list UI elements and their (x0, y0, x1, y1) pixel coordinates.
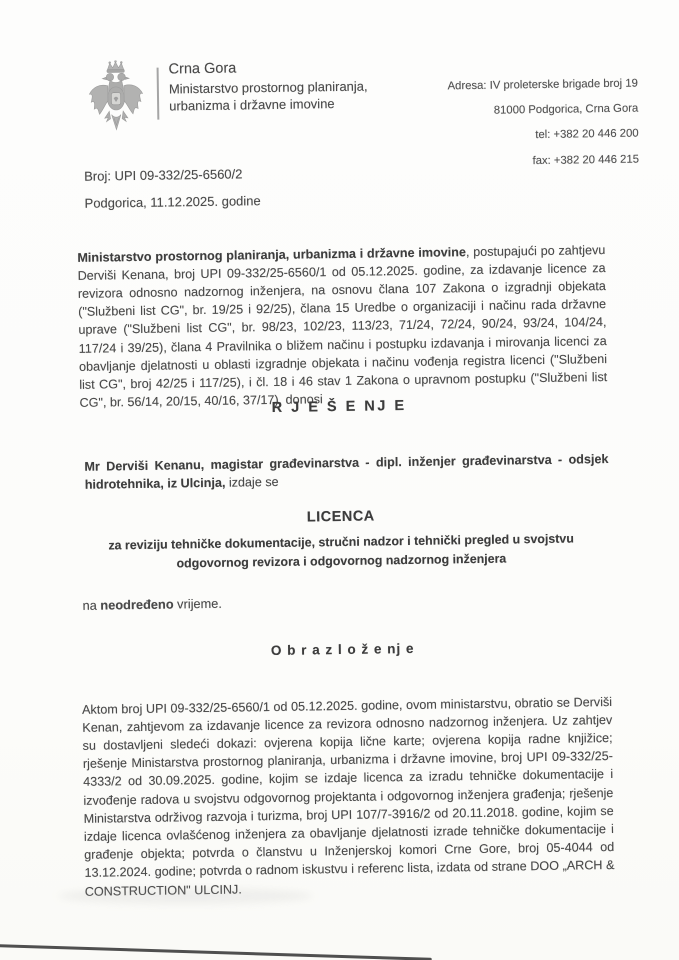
document-content: Crna Gora Ministarstvo prostornog planir… (0, 0, 679, 960)
recipient-paragraph: Mr Derviši Kenanu, magistar građevinarst… (84, 450, 608, 494)
montenegro-coat-of-arms-icon (86, 60, 145, 135)
letterhead: Crna Gora Ministarstvo prostornog planir… (86, 56, 401, 135)
intro-paragraph-rest: , postupajući po zahtjevu Derviši Kenana… (78, 243, 608, 410)
duration-line: na neodređeno vrijeme. (82, 596, 222, 613)
country-name: Crna Gora (168, 58, 400, 77)
recipient-name-bold: Mr Derviši Kenanu, magistar građevinarst… (84, 452, 608, 492)
scanned-document-page: Crna Gora Ministarstvo prostornog planir… (0, 0, 679, 960)
licence-subheading: za reviziju tehničke dokumentacije, stru… (88, 529, 596, 575)
address-line: Adresa: IV proleterske brigade broj 19 (447, 72, 638, 100)
duration-pre: na (82, 598, 100, 613)
phone-line: tel: +382 20 446 200 (448, 122, 639, 150)
ministry-name: Ministarstvo prostornog planiranja, urba… (169, 78, 401, 114)
duration-post: vrijeme. (173, 596, 222, 612)
explanation-heading: O b r a z l o ž e nj e (3, 637, 679, 662)
place-and-date: Podgorica, 11.12.2025. godine (84, 188, 260, 217)
address-line: 81000 Podgorica, Crna Gora (448, 97, 639, 125)
reference-block: Broj: UPI 09-332/25-6560/2 Podgorica, 11… (84, 161, 261, 217)
explanation-paragraph: Aktom broj UPI 09-332/25-6560/1 od 05.12… (82, 693, 615, 901)
recipient-paragraph-rest: izdaje se (225, 475, 278, 490)
reference-number: Broj: UPI 09-332/25-6560/2 (84, 161, 260, 190)
letterhead-divider (157, 68, 160, 120)
scan-bleedthrough-smudge (58, 888, 313, 904)
fax-line: fax: +382 20 446 215 (449, 147, 640, 175)
ministry-name-block: Crna Gora Ministarstvo prostornog planir… (168, 56, 401, 114)
duration-bold: neodređeno (100, 596, 173, 612)
address-block: Adresa: IV proleterske brigade broj 19 8… (447, 72, 639, 176)
intro-paragraph-bold: Ministarstvo prostornog planiranja, urba… (77, 245, 466, 265)
licence-heading: LICENCA (1, 504, 679, 530)
intro-paragraph: Ministarstvo prostornog planiranja, urba… (77, 241, 607, 413)
